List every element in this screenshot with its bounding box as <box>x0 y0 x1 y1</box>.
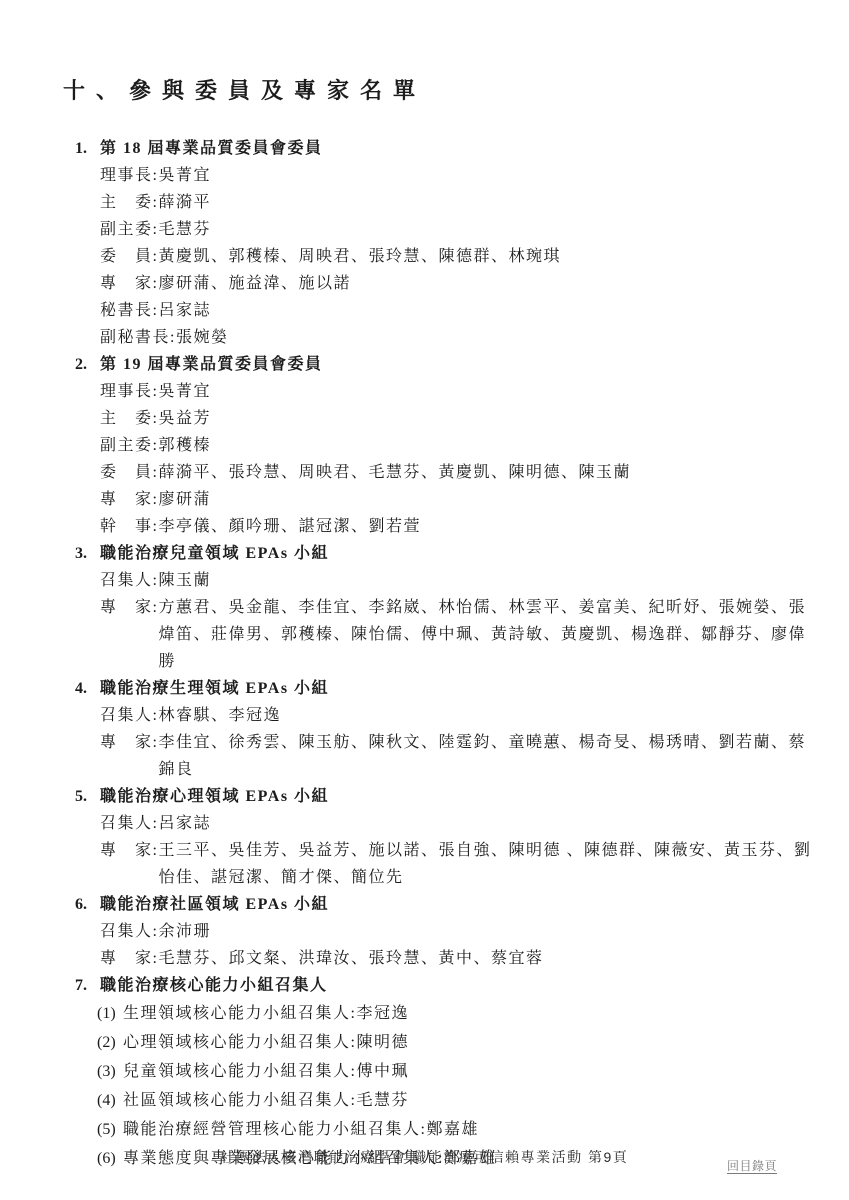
member-row: 副主委:毛慧芬 <box>100 216 813 243</box>
section-heading: 職能治療核心能力小組召集人 <box>100 972 328 999</box>
member-row: 專 家:王三平、吳佳芳、吳益芳、施以諾、張自強、陳明德 、陳德群、陳薇安、黃玉芬… <box>100 837 813 891</box>
subitem-row: (3)兒童領域核心能力小組召集人:傅中珮 <box>97 1057 813 1086</box>
section-6: 6. 職能治療社區領域 EPAs 小組 召集人:余沛珊 專 家:毛慧芬、邱文粲、… <box>63 891 818 972</box>
row-value: 毛慧芬 <box>158 216 813 243</box>
row-value: 黃慶凱、郭穫榛、周映君、張玲慧、陳德群、林琬琪 <box>158 243 813 270</box>
row-value: 林睿騏、李冠逸 <box>158 702 813 729</box>
subitem-number: (1) <box>97 999 123 1028</box>
member-row: 主 委:薛漪平 <box>100 189 813 216</box>
row-label: 副主委: <box>100 216 158 243</box>
row-label: 召集人: <box>100 567 158 594</box>
row-label: 專 家: <box>100 594 158 675</box>
member-row: 副秘書長:張婉嫈 <box>100 324 813 351</box>
row-value: 毛慧芬、邱文粲、洪瑋汝、張玲慧、黃中、蔡宜蓉 <box>158 945 813 972</box>
section-number: 1. <box>75 135 100 162</box>
section-heading-row: 6. 職能治療社區領域 EPAs 小組 <box>63 891 818 918</box>
member-row: 理事長:吳菁宜 <box>100 378 813 405</box>
section-number: 5. <box>75 783 100 810</box>
section-body: 理事長:吳菁宜 主 委:吳益芳 副主委:郭穫榛 委 員:薛漪平、張玲慧、周映君、… <box>100 378 813 540</box>
row-value: 薛漪平 <box>158 189 813 216</box>
member-row: 專 家:李佳宜、徐秀雲、陳玉舫、陳秋文、陸霆鈞、童曉蕙、楊奇旻、楊琇晴、劉若蘭、… <box>100 729 813 783</box>
section-3: 3. 職能治療兒童領域 EPAs 小組 召集人:陳玉蘭 專 家:方蕙君、吳金龍、… <box>63 540 818 675</box>
row-label: 理事長: <box>100 162 158 189</box>
member-row: 召集人:林睿騏、李冠逸 <box>100 702 813 729</box>
row-label: 副秘書長: <box>100 324 176 351</box>
subitem-number: (4) <box>97 1086 123 1115</box>
row-label: 幹 事: <box>100 513 158 540</box>
section-number: 2. <box>75 351 100 378</box>
row-value: 吳菁宜 <box>158 162 813 189</box>
row-value: 李佳宜、徐秀雲、陳玉舫、陳秋文、陸霆鈞、童曉蕙、楊奇旻、楊琇晴、劉若蘭、蔡錦良 <box>158 729 813 783</box>
section-2: 2. 第 19 屆專業品質委員會委員 理事長:吳菁宜 主 委:吳益芳 副主委:郭… <box>63 351 818 540</box>
section-number: 4. <box>75 675 100 702</box>
subitem-row: (5)職能治療經營管理核心能力小組召集人:鄭嘉雄 <box>97 1115 813 1144</box>
row-label: 專 家: <box>100 486 158 513</box>
section-heading-row: 7. 職能治療核心能力小組召集人 <box>63 972 818 999</box>
section-body: 召集人:陳玉蘭 專 家:方蕙君、吳金龍、李佳宜、李銘崴、林怡儒、林雲平、姜富美、… <box>100 567 813 675</box>
row-value: 呂家誌 <box>158 297 813 324</box>
section-heading: 第 18 屆專業品質委員會委員 <box>100 135 323 162</box>
row-value: 薛漪平、張玲慧、周映君、毛慧芬、黃慶凱、陳明德、陳玉蘭 <box>158 459 813 486</box>
subitem-text: 社區領域核心能力小組召集人:毛慧芬 <box>123 1086 813 1115</box>
member-row: 主 委:吳益芳 <box>100 405 813 432</box>
row-value: 郭穫榛 <box>158 432 813 459</box>
section-body: 召集人:呂家誌 專 家:王三平、吳佳芳、吳益芳、施以諾、張自強、陳明德 、陳德群… <box>100 810 813 891</box>
section-4: 4. 職能治療生理領域 EPAs 小組 召集人:林睿騏、李冠逸 專 家:李佳宜、… <box>63 675 818 783</box>
subitem-number: (5) <box>97 1115 123 1144</box>
row-label: 專 家: <box>100 945 158 972</box>
section-heading: 職能治療社區領域 EPAs 小組 <box>100 891 329 918</box>
section-heading: 職能治療心理領域 EPAs 小組 <box>100 783 329 810</box>
page-title-number: 十、 <box>63 76 129 106</box>
member-row: 專 家:廖研蒲、施益湋、施以諾 <box>100 270 813 297</box>
member-row: 專 家:方蕙君、吳金龍、李佳宜、李銘崴、林怡儒、林雲平、姜富美、紀昕妤、張婉嫈、… <box>100 594 813 675</box>
section-heading-row: 5. 職能治療心理領域 EPAs 小組 <box>63 783 818 810</box>
row-label: 副主委: <box>100 432 158 459</box>
row-label: 理事長: <box>100 378 158 405</box>
section-body: 召集人:林睿騏、李冠逸 專 家:李佳宜、徐秀雲、陳玉舫、陳秋文、陸霆鈞、童曉蕙、… <box>100 702 813 783</box>
subitem-text: 生理領域核心能力小組召集人:李冠逸 <box>123 999 813 1028</box>
row-value: 李亭儀、顏吟珊、諶冠潔、劉若萱 <box>158 513 813 540</box>
row-value: 呂家誌 <box>158 810 813 837</box>
section-heading: 職能治療兒童領域 EPAs 小組 <box>100 540 329 567</box>
footer-text: 社團法人臺灣職能治療學會 職能治療可信賴專業活動 第9頁 <box>0 1147 849 1167</box>
section-heading-row: 1. 第 18 屆專業品質委員會委員 <box>63 135 818 162</box>
row-value: 張婉嫈 <box>176 324 813 351</box>
row-label: 秘書長: <box>100 297 158 324</box>
section-heading-row: 4. 職能治療生理領域 EPAs 小組 <box>63 675 818 702</box>
row-value: 吳益芳 <box>158 405 813 432</box>
row-value: 吳菁宜 <box>158 378 813 405</box>
row-label: 委 員: <box>100 243 158 270</box>
row-label: 召集人: <box>100 702 158 729</box>
member-row: 委 員:黃慶凱、郭穫榛、周映君、張玲慧、陳德群、林琬琪 <box>100 243 813 270</box>
subitem-number: (3) <box>97 1057 123 1086</box>
document-content: 十、 參與委員及專家名單 1. 第 18 屆專業品質委員會委員 理事長:吳菁宜 … <box>63 76 818 1173</box>
row-label: 專 家: <box>100 729 158 783</box>
section-heading: 第 19 屆專業品質委員會委員 <box>100 351 323 378</box>
row-label: 專 家: <box>100 837 158 891</box>
section-5: 5. 職能治療心理領域 EPAs 小組 召集人:呂家誌 專 家:王三平、吳佳芳、… <box>63 783 818 891</box>
row-label: 主 委: <box>100 189 158 216</box>
row-label: 主 委: <box>100 405 158 432</box>
member-row: 幹 事:李亭儀、顏吟珊、諶冠潔、劉若萱 <box>100 513 813 540</box>
member-row: 召集人:陳玉蘭 <box>100 567 813 594</box>
subitem-text: 職能治療經營管理核心能力小組召集人:鄭嘉雄 <box>123 1115 813 1144</box>
section-body: 理事長:吳菁宜 主 委:薛漪平 副主委:毛慧芬 委 員:黃慶凱、郭穫榛、周映君、… <box>100 162 813 351</box>
subitem-text: 心理領域核心能力小組召集人:陳明德 <box>123 1028 813 1057</box>
row-label: 召集人: <box>100 918 158 945</box>
subitem-row: (2)心理領域核心能力小組召集人:陳明德 <box>97 1028 813 1057</box>
back-to-toc-link[interactable]: 回目錄頁 <box>727 1157 777 1174</box>
member-row: 副主委:郭穫榛 <box>100 432 813 459</box>
member-row: 專 家:廖研蒲 <box>100 486 813 513</box>
section-heading-row: 2. 第 19 屆專業品質委員會委員 <box>63 351 818 378</box>
member-row: 專 家:毛慧芬、邱文粲、洪瑋汝、張玲慧、黃中、蔡宜蓉 <box>100 945 813 972</box>
row-value: 余沛珊 <box>158 918 813 945</box>
row-value: 方蕙君、吳金龍、李佳宜、李銘崴、林怡儒、林雲平、姜富美、紀昕妤、張婉嫈、張煒笛、… <box>158 594 813 675</box>
subitem-row: (1)生理領域核心能力小組召集人:李冠逸 <box>97 999 813 1028</box>
member-row: 秘書長:呂家誌 <box>100 297 813 324</box>
row-value: 王三平、吳佳芳、吳益芳、施以諾、張自強、陳明德 、陳德群、陳薇安、黃玉芬、劉怡佳… <box>158 837 813 891</box>
subitem-text: 兒童領域核心能力小組召集人:傅中珮 <box>123 1057 813 1086</box>
row-value: 廖研蒲、施益湋、施以諾 <box>158 270 813 297</box>
section-heading: 職能治療生理領域 EPAs 小組 <box>100 675 329 702</box>
section-heading-row: 3. 職能治療兒童領域 EPAs 小組 <box>63 540 818 567</box>
member-row: 召集人:余沛珊 <box>100 918 813 945</box>
document-page: 十、 參與委員及專家名單 1. 第 18 屆專業品質委員會委員 理事長:吳菁宜 … <box>0 0 849 1200</box>
section-number: 7. <box>75 972 100 999</box>
row-value: 廖研蒲 <box>158 486 813 513</box>
row-label: 召集人: <box>100 810 158 837</box>
page-title-row: 十、 參與委員及專家名單 <box>63 76 818 106</box>
section-body: 召集人:余沛珊 專 家:毛慧芬、邱文粲、洪瑋汝、張玲慧、黃中、蔡宜蓉 <box>100 918 813 972</box>
member-row: 理事長:吳菁宜 <box>100 162 813 189</box>
row-label: 專 家: <box>100 270 158 297</box>
row-value: 陳玉蘭 <box>158 567 813 594</box>
member-row: 委 員:薛漪平、張玲慧、周映君、毛慧芬、黃慶凱、陳明德、陳玉蘭 <box>100 459 813 486</box>
subitem-number: (2) <box>97 1028 123 1057</box>
member-row: 召集人:呂家誌 <box>100 810 813 837</box>
section-number: 6. <box>75 891 100 918</box>
section-1: 1. 第 18 屆專業品質委員會委員 理事長:吳菁宜 主 委:薛漪平 副主委:毛… <box>63 135 818 351</box>
page-title: 參與委員及專家名單 <box>129 76 426 106</box>
section-7: 7. 職能治療核心能力小組召集人 (1)生理領域核心能力小組召集人:李冠逸 (2… <box>63 972 818 1173</box>
row-label: 委 員: <box>100 459 158 486</box>
section-number: 3. <box>75 540 100 567</box>
subitem-row: (4)社區領域核心能力小組召集人:毛慧芬 <box>97 1086 813 1115</box>
